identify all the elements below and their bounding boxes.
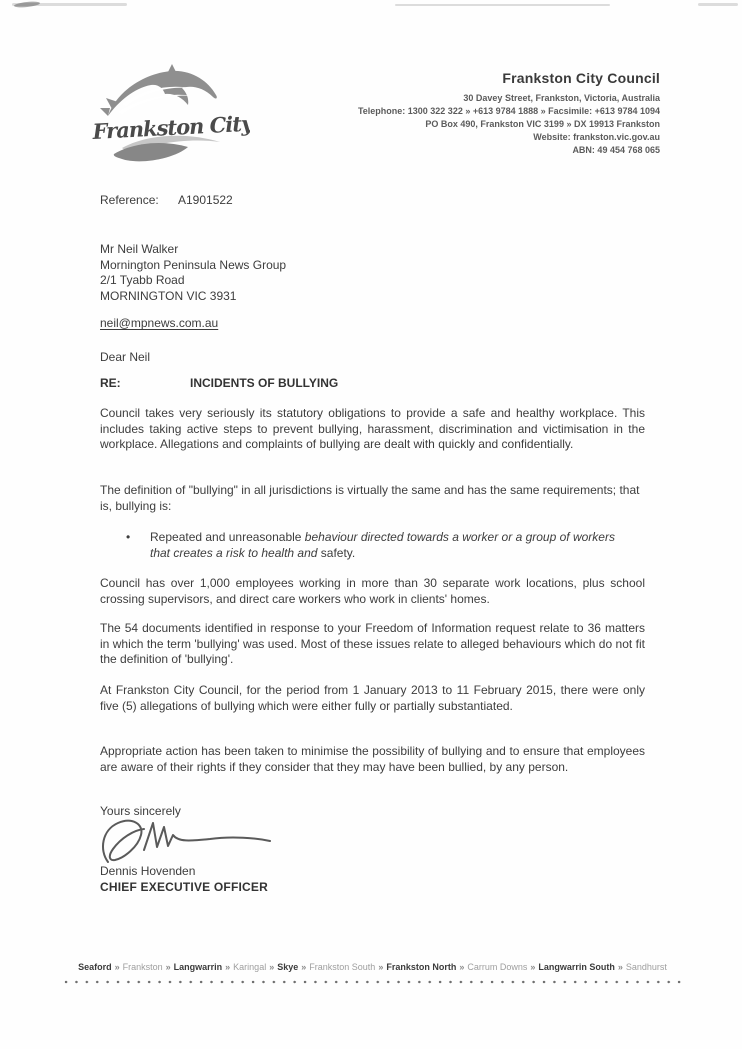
footer-separator: » bbox=[530, 962, 535, 972]
footer-suburbs: Seaford»Frankston»Langwarrin»Karingal»Sk… bbox=[60, 962, 685, 972]
scanned-letter-page: Frankston City Frankston City Council 30… bbox=[0, 0, 742, 1049]
phone-line: Telephone: 1300 322 322 » +613 9784 1888… bbox=[330, 105, 660, 118]
footer-separator: » bbox=[269, 962, 274, 972]
signature-handwriting bbox=[98, 816, 293, 866]
recipient-street: 2/1 Tyabb Road bbox=[100, 273, 645, 289]
bullet-icon: • bbox=[126, 530, 130, 546]
recipient-org: Mornington Peninsula News Group bbox=[100, 258, 645, 274]
address-line: 30 Davey Street, Frankston, Victoria, Au… bbox=[330, 92, 660, 105]
reference-number: A1901522 bbox=[178, 193, 233, 207]
bullet-regular-start: Repeated and unreasonable bbox=[150, 530, 305, 544]
paragraph: The 54 documents identified in response … bbox=[100, 621, 645, 668]
recipient-email-row: neil@mpnews.com.au bbox=[100, 316, 645, 330]
scan-artifact bbox=[698, 3, 738, 6]
dolphin-icon bbox=[100, 64, 217, 116]
reference-label: Reference: bbox=[100, 193, 178, 207]
letterhead-address-block: Frankston City Council 30 Davey Street, … bbox=[330, 70, 660, 157]
subject-title: INCIDENTS OF BULLYING bbox=[190, 376, 338, 390]
footer-separator: » bbox=[301, 962, 306, 972]
recipient-name: Mr Neil Walker bbox=[100, 242, 645, 258]
footer-separator: » bbox=[166, 962, 171, 972]
paragraph: At Frankston City Council, for the perio… bbox=[100, 683, 645, 714]
footer-suburb: Frankston South bbox=[309, 962, 375, 972]
signatory-title: CHIEF EXECUTIVE OFFICER bbox=[100, 880, 645, 894]
footer-separator: » bbox=[459, 962, 464, 972]
footer-separator: » bbox=[225, 962, 230, 972]
recipient-address: Mr Neil Walker Mornington Peninsula News… bbox=[100, 242, 645, 304]
footer-suburb: Skye bbox=[277, 962, 298, 972]
footer-suburb: Seaford bbox=[78, 962, 112, 972]
footer-suburb: Karingal bbox=[233, 962, 266, 972]
recipient-city: MORNINGTON VIC 3931 bbox=[100, 289, 645, 305]
recipient-email: neil@mpnews.com.au bbox=[100, 316, 218, 330]
pobox-line: PO Box 490, Frankston VIC 3199 » DX 1991… bbox=[330, 118, 660, 131]
footer-suburb: Frankston North bbox=[386, 962, 456, 972]
footer-suburb: Sandhurst bbox=[626, 962, 667, 972]
bullet-item: • Repeated and unreasonable behaviour di… bbox=[100, 530, 620, 561]
footer-suburb: Frankston bbox=[123, 962, 163, 972]
bullet-text: Repeated and unreasonable behaviour dire… bbox=[150, 530, 620, 561]
footer-suburb: Langwarrin South bbox=[538, 962, 615, 972]
salutation: Dear Neil bbox=[100, 350, 645, 364]
paragraph: The definition of "bullying" in all juri… bbox=[100, 483, 645, 514]
signatory-name: Dennis Hovenden bbox=[100, 864, 645, 878]
scan-artifact bbox=[14, 1, 40, 9]
abn-line: ABN: 49 454 768 065 bbox=[330, 144, 660, 157]
paragraph: Appropriate action has been taken to min… bbox=[100, 744, 645, 775]
subject-row: RE:INCIDENTS OF BULLYING bbox=[100, 376, 645, 390]
footer-suburb: Carrum Downs bbox=[467, 962, 527, 972]
paragraph: Council takes very seriously its statuto… bbox=[100, 406, 645, 453]
footer-separator: » bbox=[115, 962, 120, 972]
website-line: Website: frankston.vic.gov.au bbox=[330, 131, 660, 144]
council-name: Frankston City Council bbox=[330, 70, 660, 86]
footer-dotted-line bbox=[64, 980, 686, 984]
council-logo: Frankston City bbox=[92, 62, 250, 168]
footer-separator: » bbox=[378, 962, 383, 972]
footer-separator: » bbox=[618, 962, 623, 972]
subject-label: RE: bbox=[100, 376, 190, 390]
scan-artifact bbox=[395, 4, 610, 6]
bullet-regular-end: safety. bbox=[317, 546, 355, 560]
paragraph: Council has over 1,000 employees working… bbox=[100, 576, 645, 607]
footer-suburb: Langwarrin bbox=[174, 962, 223, 972]
reference-row: Reference:A1901522 bbox=[100, 193, 645, 207]
